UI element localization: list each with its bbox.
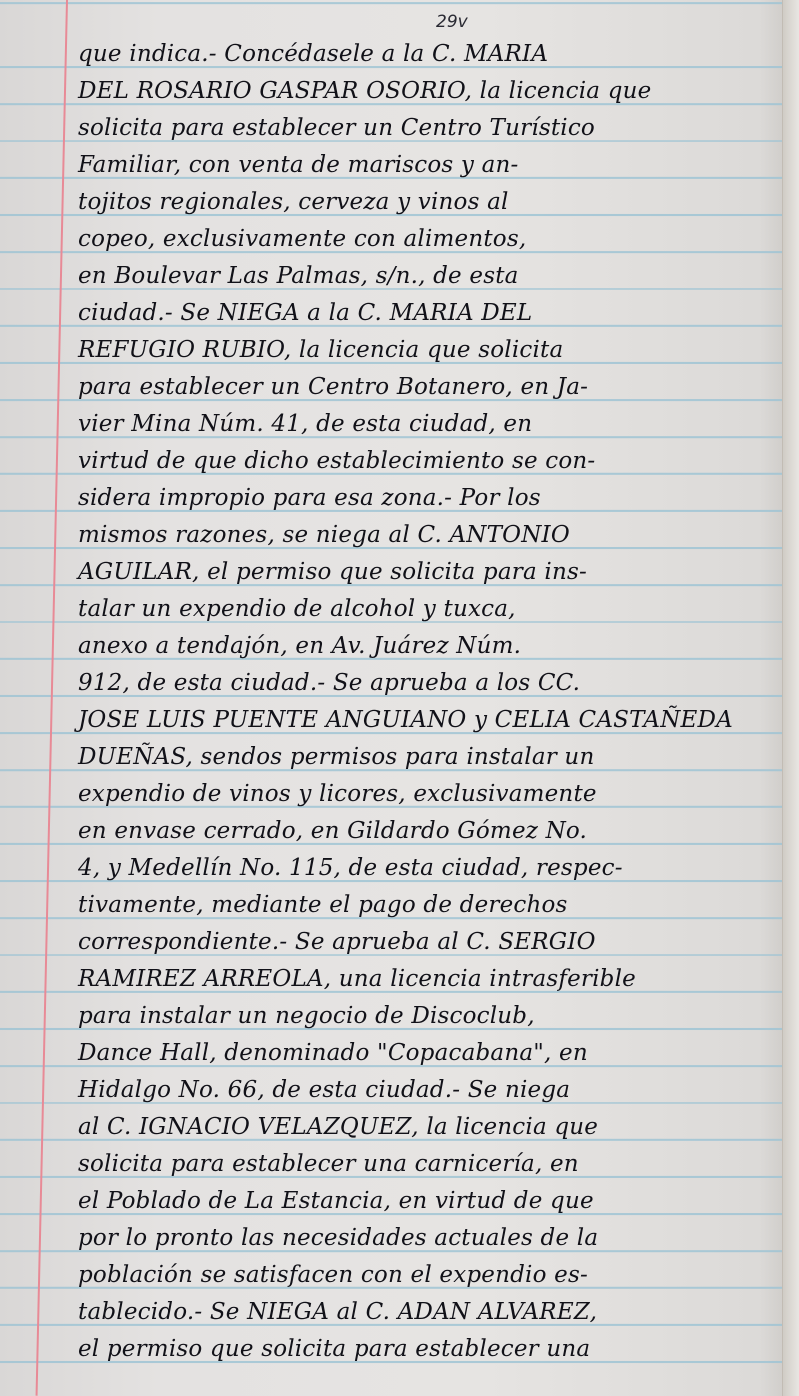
text-line: mismos razones, se niega al C. ANTONIO	[78, 517, 779, 554]
text-line: RAMIREZ ARREOLA, una licencia intrasferi…	[78, 961, 779, 998]
text-line: AGUILAR, el permiso que solicita para in…	[78, 554, 779, 591]
text-line: el Poblado de La Estancia, en virtud de …	[78, 1183, 779, 1220]
text-line: JOSE LUIS PUENTE ANGUIANO y CELIA CASTAÑ…	[78, 702, 779, 739]
text-line: virtud de que dicho establecimiento se c…	[78, 443, 779, 480]
text-line: para instalar un negocio de Discoclub,	[78, 998, 779, 1035]
text-line: correspondiente.- Se aprueba al C. SERGI…	[78, 924, 779, 961]
text-line: talar un expendio de alcohol y tuxca,	[78, 591, 779, 628]
text-line: en Boulevar Las Palmas, s/n., de esta	[78, 258, 779, 295]
text-line: que indica.- Concédasele a la C. MARIA	[78, 36, 779, 73]
text-line: al C. IGNACIO VELAZQUEZ, la licencia que	[78, 1109, 779, 1146]
text-line: en envase cerrado, en Gildardo Gómez No.	[78, 813, 779, 850]
text-line: REFUGIO RUBIO, la licencia que solicita	[78, 332, 779, 369]
text-line: Familiar, con venta de mariscos y an-	[78, 147, 779, 184]
text-line: solicita para establecer una carnicería,…	[78, 1146, 779, 1183]
handwritten-text-block: que indica.- Concédasele a la C. MARIA D…	[78, 36, 779, 1368]
text-line: expendio de vinos y licores, exclusivame…	[78, 776, 779, 813]
text-line: sidera impropio para esa zona.- Por los	[78, 480, 779, 517]
text-line: 912, de esta ciudad.- Se aprueba a los C…	[78, 665, 779, 702]
text-line: para establecer un Centro Botanero, en J…	[78, 369, 779, 406]
text-line: 4, y Medellín No. 115, de esta ciudad, r…	[78, 850, 779, 887]
text-line: DUEÑAS, sendos permisos para instalar un	[78, 739, 779, 776]
text-line: tivamente, mediante el pago de derechos	[78, 887, 779, 924]
page-edge	[782, 0, 799, 1396]
text-line: anexo a tendajón, en Av. Juárez Núm.	[78, 628, 779, 665]
text-line: solicita para establecer un Centro Turís…	[78, 110, 779, 147]
text-line: Dance Hall, denominado "Copacabana", en	[78, 1035, 779, 1072]
page-number: 29v	[436, 12, 468, 32]
text-line: ciudad.- Se NIEGA a la C. MARIA DEL	[78, 295, 779, 332]
text-line: Hidalgo No. 66, de esta ciudad.- Se nieg…	[78, 1072, 779, 1109]
text-line: población se satisfacen con el expendio …	[78, 1257, 779, 1294]
text-line: por lo pronto las necesidades actuales d…	[78, 1220, 779, 1257]
text-line: tojitos regionales, cerveza y vinos al	[78, 184, 779, 221]
ledger-page: 29v que indica.- Concédasele a la C. MAR…	[0, 0, 799, 1396]
text-line: copeo, exclusivamente con alimentos,	[78, 221, 779, 258]
text-line: tablecido.- Se NIEGA al C. ADAN ALVAREZ,	[78, 1294, 779, 1331]
text-line: DEL ROSARIO GASPAR OSORIO, la licencia q…	[78, 73, 779, 110]
text-line: vier Mina Núm. 41, de esta ciudad, en	[78, 406, 779, 443]
text-line: el permiso que solicita para establecer …	[78, 1331, 779, 1368]
